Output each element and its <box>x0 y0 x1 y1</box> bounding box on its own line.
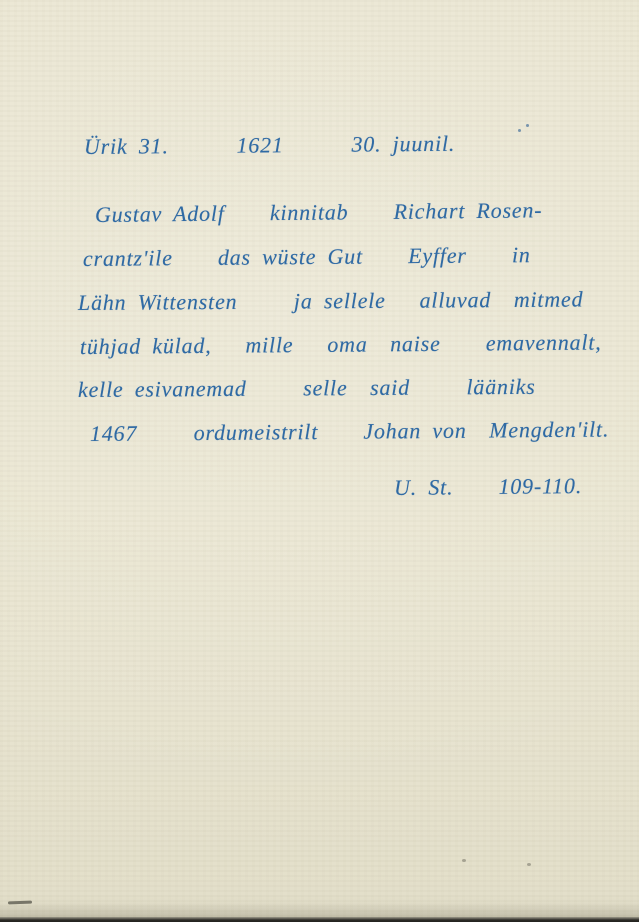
paper-speck <box>527 863 531 866</box>
scanned-document-page: Ürik 31. 1621 30. juunil. Gustav Adolf k… <box>0 0 639 922</box>
stray-ink-dot <box>518 129 521 132</box>
manuscript-line: crantz'ile das wüste Gut Eyffer in <box>83 240 531 274</box>
manuscript-line: Lähn Wittensten ja sellele alluvad mitme… <box>78 284 584 318</box>
scan-edge <box>0 917 639 922</box>
scan-shadow <box>0 903 639 917</box>
manuscript-heading-line: Ürik 31. 1621 30. juunil. <box>84 129 455 162</box>
manuscript-line: kelle esivanemad selle said lääniks <box>78 372 536 405</box>
manuscript-line: Gustav Adolf kinnitab Richart Rosen- <box>95 195 543 230</box>
paper-speck <box>462 859 466 862</box>
manuscript-reference-line: U. St. 109-110. <box>394 471 582 503</box>
manuscript-line: 1467 ordumeistrilt Johan von Mengden'ilt… <box>90 414 609 449</box>
stray-ink-dot <box>526 124 529 127</box>
manuscript-line: tühjad külad, mille oma naise emavennalt… <box>80 327 602 362</box>
